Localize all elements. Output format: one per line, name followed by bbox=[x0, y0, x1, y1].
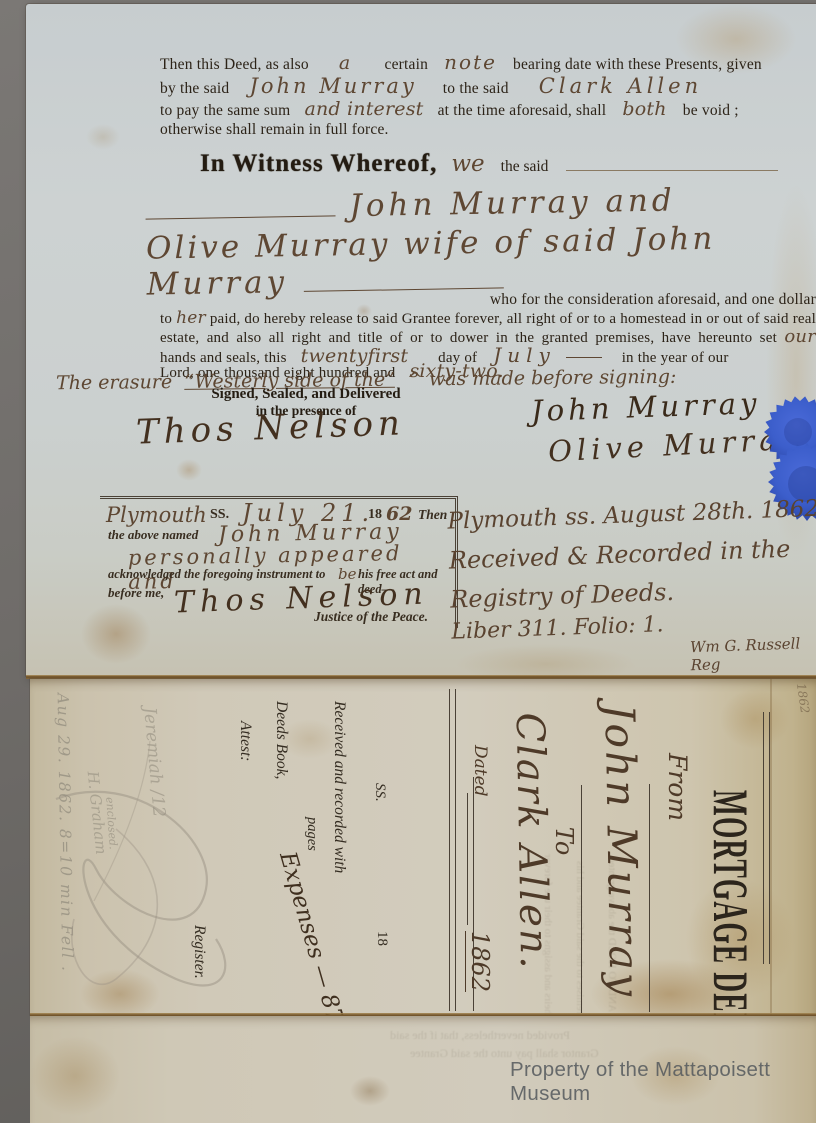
pen-stroke bbox=[566, 357, 602, 358]
pen-stroke bbox=[146, 215, 336, 219]
bleedthrough-text: Provided nevertheless, that if the said bbox=[390, 1028, 570, 1043]
clause-printed: bearing date with these Presents, given bbox=[513, 56, 762, 73]
erasure-text: The erasure bbox=[56, 371, 172, 394]
museum-watermark: Property of the Mattapoisett Museum bbox=[510, 1058, 816, 1106]
pencil-scrawl bbox=[30, 679, 816, 1015]
notary-ss: SS. bbox=[210, 507, 229, 523]
clause-line-3: to pay the same sum and interest at the … bbox=[160, 98, 739, 120]
release-handwritten-her: her bbox=[176, 308, 206, 328]
clause-handwritten-grantee: Clark Allen bbox=[539, 74, 702, 98]
release-printed: in the year of our bbox=[622, 350, 729, 366]
notary-acknowledged: acknowledged the foregoing instrument to bbox=[108, 567, 325, 582]
clause-line-2: by the said John Murray to the said Clar… bbox=[160, 74, 702, 98]
blank-rule bbox=[566, 170, 778, 171]
witness-hw-we: we bbox=[451, 151, 484, 177]
clause-handwritten-note: note bbox=[444, 50, 497, 74]
notary-before-me: before me, bbox=[108, 585, 164, 601]
clause-handwritten-both: both bbox=[622, 98, 666, 120]
clause-line-1: Then this Deed, as also a certain note b… bbox=[160, 50, 762, 74]
clause-printed: at the time aforesaid, shall bbox=[438, 102, 607, 119]
clause-handwritten-grantor: John Murray bbox=[249, 74, 416, 98]
clause-printed: Then this Deed, as also bbox=[160, 56, 309, 73]
deed-bottom-strip: Provided nevertheless, that if the said … bbox=[30, 1016, 816, 1123]
attestation-line-1: Signed, Sealed, and Delivered bbox=[186, 386, 426, 403]
registry-recording-note: Plymouth ss. August 28th. 1862 Received … bbox=[447, 495, 816, 676]
scanned-mortgage-deed: Then this Deed, as also a certain note b… bbox=[0, 0, 816, 1123]
recording-line-2: Received & Recorded in the bbox=[448, 533, 816, 574]
witness-heading: In Witness Whereof, bbox=[200, 150, 437, 178]
clause-printed: be void ; bbox=[683, 102, 739, 119]
clause-line-4: otherwise shall remain in full force. bbox=[160, 121, 389, 139]
recording-line-1: Plymouth ss. August 28th. 1862 bbox=[447, 495, 816, 534]
deed-top-sheet: Then this Deed, as also a certain note b… bbox=[26, 4, 816, 676]
notary-acknowledgment-box: Plymouth SS. July 21. 18 62 Then the abo… bbox=[100, 496, 458, 628]
notary-above-named: the above named bbox=[108, 527, 198, 543]
clause-printed: to the said bbox=[443, 80, 509, 97]
recording-registrar: Wm G. Russell Reg bbox=[690, 633, 816, 674]
clause-handwritten-interest: and interest bbox=[304, 98, 423, 120]
erasure-text: ^ was made before signing: bbox=[407, 366, 677, 391]
release-line-1: who for the consideration aforesaid, and… bbox=[160, 291, 816, 309]
grantor-signature-john-murray: John Murray bbox=[530, 386, 760, 428]
release-handwritten-our: our bbox=[784, 326, 816, 347]
notary-then: Then bbox=[418, 507, 447, 523]
clause-printed: certain bbox=[385, 56, 429, 73]
release-line-2: to her paid, do hereby release to said G… bbox=[160, 308, 816, 328]
notary-title: Justice of the Peace. bbox=[314, 609, 428, 625]
notary-county: Plymouth bbox=[106, 503, 207, 527]
docket-content: 1862 MORTGAGE DEED. From John Murray To … bbox=[30, 679, 816, 1015]
names-line-1: John Murray and bbox=[349, 182, 676, 224]
release-printed: paid, do hereby release to said Grantee … bbox=[210, 311, 816, 327]
witness-printed-the-said: the said bbox=[501, 158, 549, 176]
clause-handwritten-a: a bbox=[339, 52, 351, 74]
witness-heading-line: In Witness Whereof, we the said bbox=[200, 150, 782, 178]
release-printed: to bbox=[160, 311, 172, 327]
recording-line-3: Registry of Deeds. bbox=[450, 572, 816, 613]
clause-printed: to pay the same sum bbox=[160, 102, 290, 119]
deed-docket-panel: 1862 MORTGAGE DEED. From John Murray To … bbox=[30, 679, 816, 1015]
clause-printed: by the said bbox=[160, 80, 229, 97]
witness-signature: Thos Nelson bbox=[135, 403, 405, 452]
docket-rotated-area: 1862 MORTGAGE DEED. From John Murray To … bbox=[30, 679, 816, 1015]
grantors-handwritten-names: John Murray and Olive Murray wife of sai… bbox=[145, 180, 797, 302]
